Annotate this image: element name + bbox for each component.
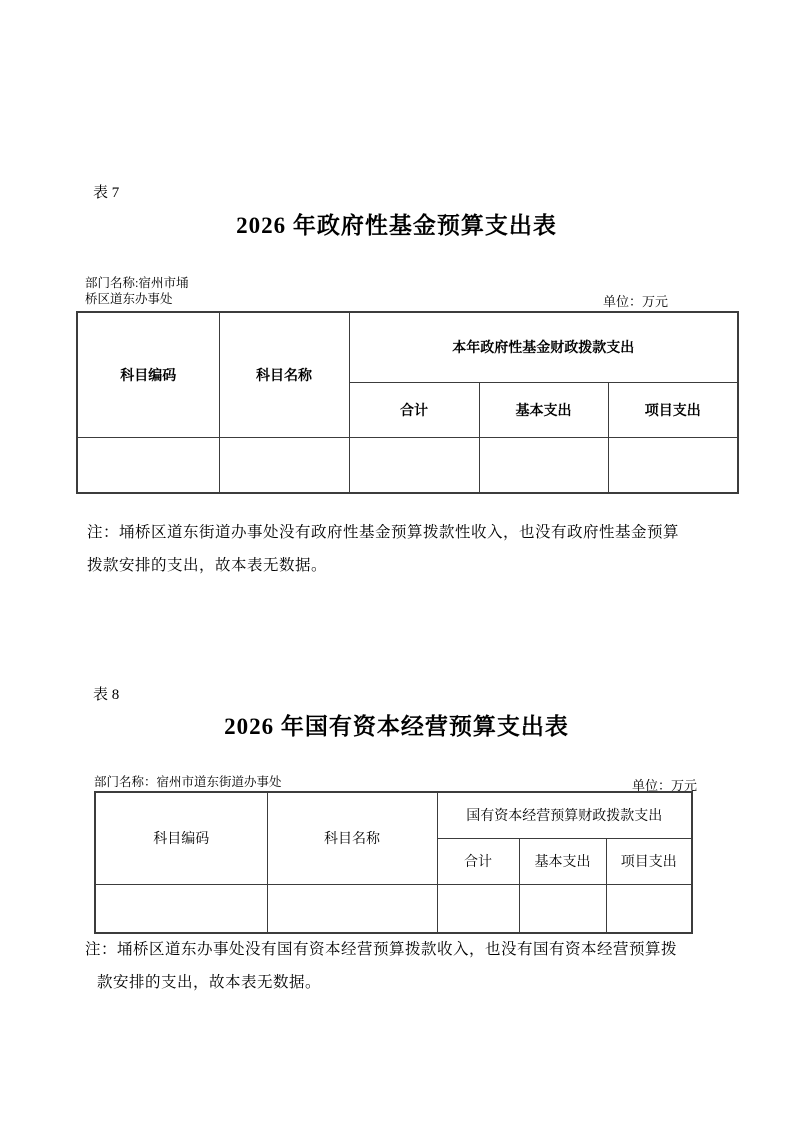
table7-data-cell xyxy=(479,437,608,493)
document-page: 表 7 2026 年政府性基金预算支出表 部门名称:宿州市埇桥区道东办事处 单位… xyxy=(0,0,793,1122)
table7-data-row xyxy=(77,437,738,493)
table7-note-line1: 注：埇桥区道东街道办事处没有政府性基金预算拨款性收入，也没有政府性基金预算 xyxy=(87,516,727,549)
table8-header-basic-expenditure: 基本支出 xyxy=(519,838,606,884)
table8-label: 表 8 xyxy=(93,683,119,704)
table8-header-total: 合计 xyxy=(437,838,519,884)
table7-header-subject-code: 科目编码 xyxy=(77,312,219,437)
table7-note: 注：埇桥区道东街道办事处没有政府性基金预算拨款性收入，也没有政府性基金预算 拨款… xyxy=(87,516,727,582)
table7-title: 2026 年政府性基金预算支出表 xyxy=(0,207,793,240)
table7-government-fund-budget: 科目编码 科目名称 本年政府性基金财政拨款支出 合计 基本支出 项目支出 xyxy=(76,311,739,494)
table7-header-group: 本年政府性基金财政拨款支出 xyxy=(349,312,738,382)
table7-department-line2: 桥区道东办事处 xyxy=(85,292,173,306)
table8-data-row xyxy=(95,884,692,933)
table8-header-subject-code: 科目编码 xyxy=(95,792,267,884)
table7-department-line1: 部门名称:宿州市埇 xyxy=(85,276,188,290)
table7-header-subject-name: 科目名称 xyxy=(219,312,349,437)
table8-department-name: 部门名称：宿州市道东街道办事处 xyxy=(94,775,282,791)
table7-header-project-expenditure: 项目支出 xyxy=(608,382,738,437)
table7-department-name: 部门名称:宿州市埇桥区道东办事处 xyxy=(85,276,215,307)
table7-label: 表 7 xyxy=(93,181,119,202)
table8-header-project-expenditure: 项目支出 xyxy=(606,838,692,884)
table8-title: 2026 年国有资本经营预算支出表 xyxy=(0,708,793,741)
table8-data-cell xyxy=(437,884,519,933)
table8-header-subject-name: 科目名称 xyxy=(267,792,437,884)
table8-data-cell xyxy=(519,884,606,933)
table8-note: 注：埇桥区道东办事处没有国有资本经营预算拨款收入，也没有国有资本经营预算拨 款安… xyxy=(85,933,725,999)
table7-data-cell xyxy=(219,437,349,493)
table7-header-basic-expenditure: 基本支出 xyxy=(479,382,608,437)
table7-data-cell xyxy=(77,437,219,493)
table8-data-cell xyxy=(606,884,692,933)
table7-data-cell xyxy=(349,437,479,493)
table7-header-total: 合计 xyxy=(349,382,479,437)
table8-data-cell xyxy=(95,884,267,933)
table8-note-line1: 注：埇桥区道东办事处没有国有资本经营预算拨款收入，也没有国有资本经营预算拨 xyxy=(85,933,725,966)
table8-header-group: 国有资本经营预算财政拨款支出 xyxy=(437,792,692,838)
table8-note-line2: 款安排的支出，故本表无数据。 xyxy=(85,966,725,999)
table7-unit-label: 单位：万元 xyxy=(603,291,668,310)
table8-data-cell xyxy=(267,884,437,933)
table7-data-cell xyxy=(608,437,738,493)
table8-state-capital-budget: 科目编码 科目名称 国有资本经营预算财政拨款支出 合计 基本支出 项目支出 xyxy=(94,791,693,934)
table7-note-line2: 拨款安排的支出，故本表无数据。 xyxy=(87,549,727,582)
